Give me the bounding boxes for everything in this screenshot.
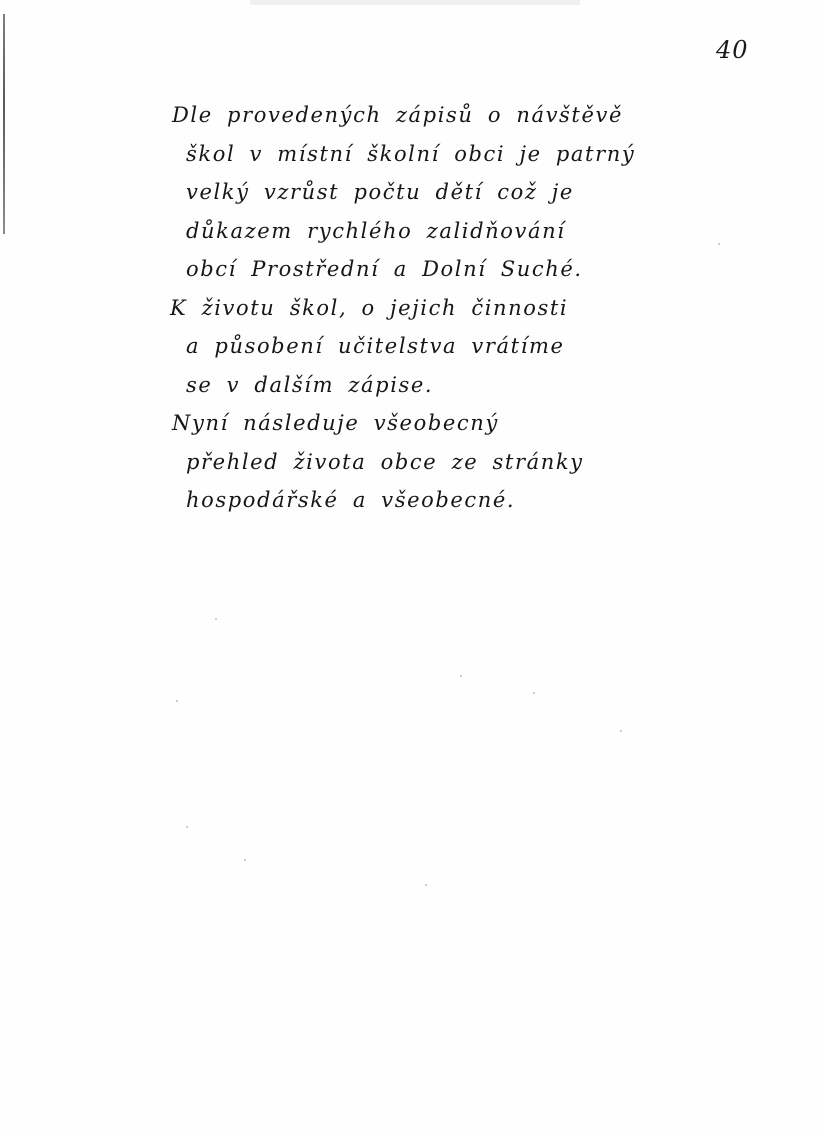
text-line: a působení učitelstva vrátíme: [172, 327, 712, 366]
text-line: škol v místní školní obci je patrný: [172, 135, 712, 174]
scanned-page: 40 Dle provedených zápisů o návštěvě ško…: [0, 0, 824, 1137]
text-line: velký vzrůst počtu dětí což je: [172, 173, 712, 212]
text-line: K životu škol, o jejich činnosti: [170, 289, 712, 328]
binding-edge: [3, 14, 5, 234]
scan-speck: [244, 859, 246, 861]
text-line: hospodářské a všeobecné.: [172, 481, 712, 520]
text-line: Nyní následuje všeobecný: [172, 404, 712, 443]
bleed-through-strip: [250, 0, 580, 5]
text-line: Dle provedených zápisů o návštěvě: [172, 96, 712, 135]
text-line: přehled života obce ze stránky: [172, 443, 712, 482]
scan-speck: [460, 675, 462, 677]
scan-speck: [533, 692, 535, 694]
text-line: obcí Prostřední a Dolní Suché.: [172, 250, 712, 289]
text-line: se v dalším zápise.: [172, 366, 712, 405]
scan-speck: [425, 884, 427, 886]
scan-speck: [215, 618, 217, 620]
text-line: důkazem rychlého zalidňování: [172, 212, 712, 251]
scan-speck: [718, 243, 720, 245]
handwritten-text-block: Dle provedených zápisů o návštěvě škol v…: [172, 96, 712, 520]
scan-speck: [620, 730, 622, 732]
scan-speck: [186, 826, 188, 828]
page-number: 40: [716, 36, 749, 64]
scan-speck: [176, 700, 178, 702]
